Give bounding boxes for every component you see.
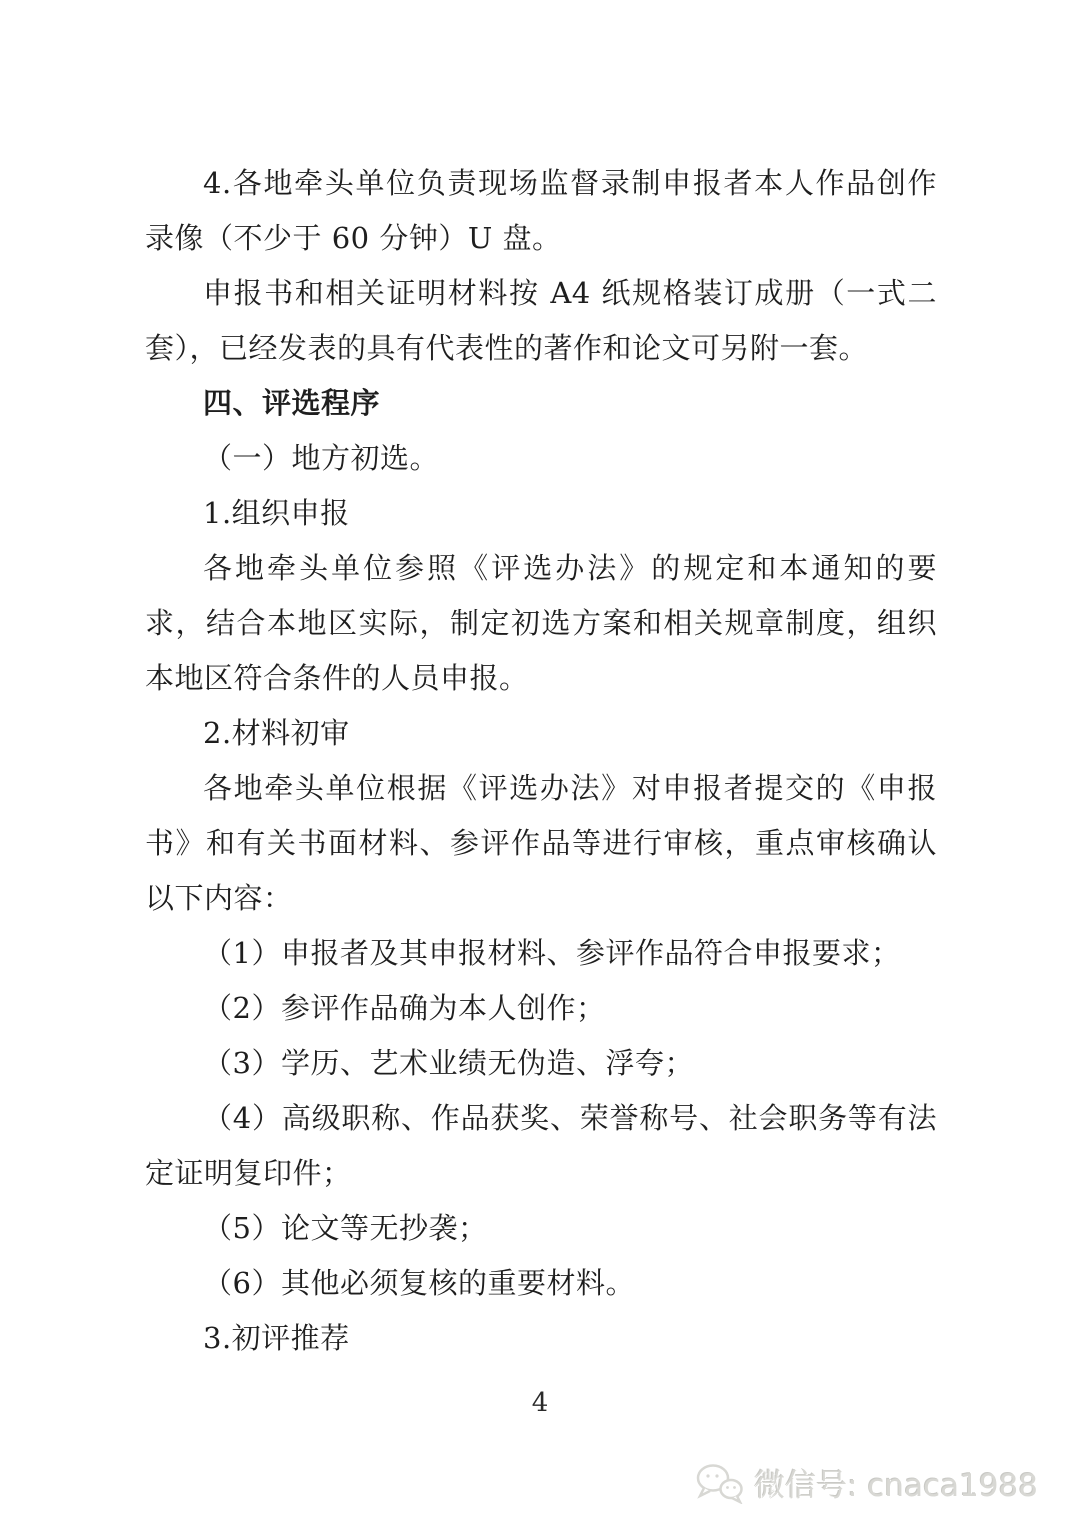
paragraph: 申报书和相关证明材料按 A4 纸规格装订成册（一式二套），已经发表的具有代表性的… [145,266,937,376]
list-item: （1）申报者及其申报材料、参评作品符合申报要求； [145,926,937,981]
paragraph: 1.组织申报 [145,486,937,541]
section-heading: 四、评选程序 [145,376,937,431]
wechat-label: 微信号: cnaca1988 [754,1460,1038,1505]
paragraph: （一）地方初选。 [145,431,937,486]
wechat-icon [694,1462,746,1504]
paragraph: 各地牵头单位参照《评选办法》的规定和本通知的要求，结合本地区实际，制定初选方案和… [145,541,937,706]
document-page: 4.各地牵头单位负责现场监督录制申报者本人作品创作录像（不少于 60 分钟）U … [145,156,937,1366]
wechat-watermark: 微信号: cnaca1988 [694,1460,1038,1505]
list-item: （4）高级职称、作品获奖、荣誉称号、社会职务等有法定证明复印件； [145,1091,937,1201]
paragraph: 3.初评推荐 [145,1311,937,1366]
page-number: 4 [0,1388,1080,1418]
list-item: （2）参评作品确为本人创作； [145,981,937,1036]
paragraph: 各地牵头单位根据《评选办法》对申报者提交的《申报书》和有关书面材料、参评作品等进… [145,761,937,926]
paragraph: 4.各地牵头单位负责现场监督录制申报者本人作品创作录像（不少于 60 分钟）U … [145,156,937,266]
list-item: （6）其他必须复核的重要材料。 [145,1256,937,1311]
list-item: （3）学历、艺术业绩无伪造、浮夸； [145,1036,937,1091]
list-item: （5）论文等无抄袭； [145,1201,937,1256]
paragraph: 2.材料初审 [145,706,937,761]
